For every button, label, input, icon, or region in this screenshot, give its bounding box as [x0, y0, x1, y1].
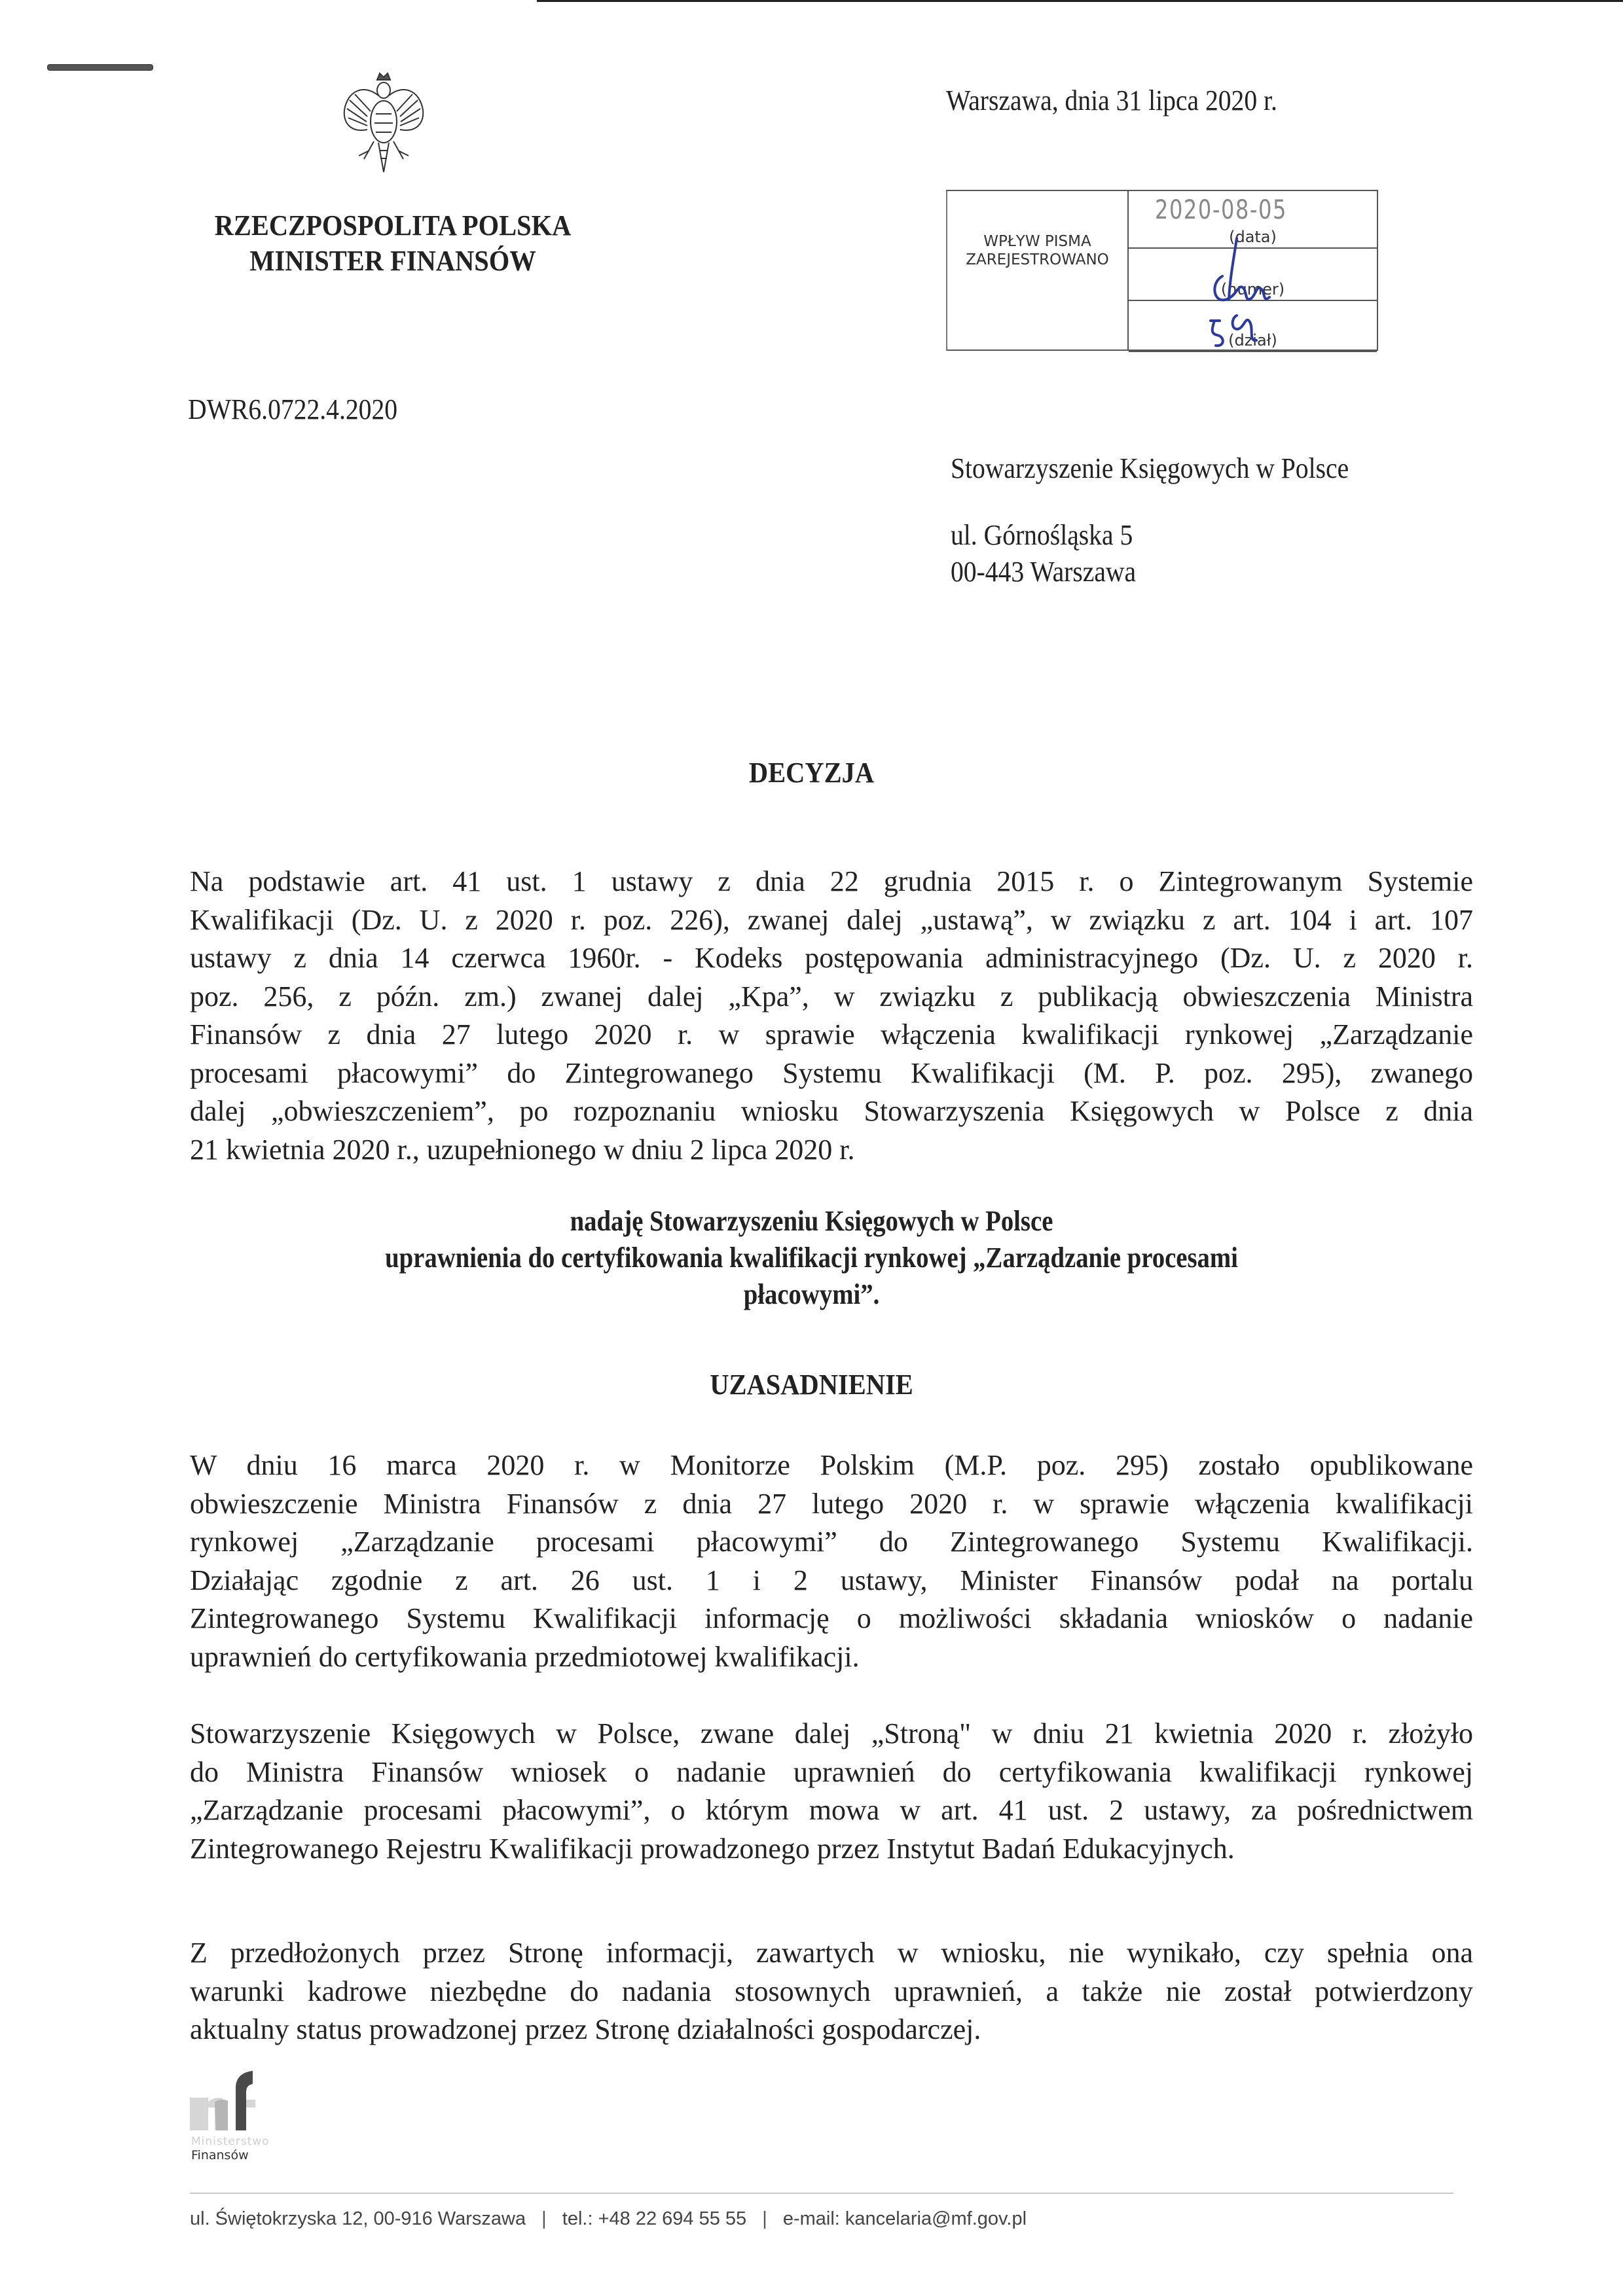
text-line: Z przedłożonych przez Stronę informacji,… — [190, 1934, 1473, 1973]
decision-line: nadaję Stowarzyszeniu Księgowych w Polsc… — [98, 1203, 1526, 1240]
stamp-label: WPŁYW PISMA ZAREJESTROWANO — [947, 191, 1129, 350]
recipient-city: 00-443 Warszawa — [951, 554, 1349, 590]
scan-artifact-mark — [47, 64, 153, 71]
justification-paragraph-3: Z przedłożonych przez Stronę informacji,… — [190, 1934, 1473, 2049]
stamp-label-line2: ZAREJESTROWANO — [966, 251, 1109, 269]
footer-address: ul. Świętokrzyska 12, 00-916 Warszawa — [190, 2208, 526, 2229]
case-reference-number: DWR6.0722.4.2020 — [188, 393, 397, 426]
footer-email[interactable]: e-mail: kancelaria@mf.gov.pl — [783, 2208, 1027, 2229]
legal-basis-paragraph: Na podstawie art. 41 ust. 1 ustawy z dni… — [190, 863, 1473, 1169]
polish-eagle-emblem-icon — [338, 71, 429, 175]
decision-statement: nadaję Stowarzyszeniu Księgowych w Polsc… — [0, 1203, 1623, 1313]
stamp-fields: 2020-08-05 (data) (numer) (dział) — [1129, 191, 1377, 350]
text-line: „Zarządzanie procesami płacowymi”, o któ… — [190, 1791, 1473, 1830]
recipient-street: ul. Górnośląska 5 — [951, 517, 1349, 554]
text-line: 21 kwietnia 2020 r., uzupełnionego w dni… — [190, 1131, 1473, 1170]
justification-title: UZASADNIENIE — [65, 1368, 1558, 1401]
handwritten-signature-icon — [1191, 237, 1289, 348]
footer-contact: ul. Świętokrzyska 12, 00-916 Warszawa | … — [190, 2208, 1027, 2230]
issuer-ministry: MINISTER FINANSÓW — [182, 243, 604, 279]
text-line: poz. 256, z późn. zm.) zwanej dalej „Kpa… — [190, 978, 1473, 1016]
justification-paragraph-2: Stowarzyszenie Księgowych w Polsce, zwan… — [190, 1715, 1473, 1868]
text-line: ustawy z dnia 14 czerwca 1960r. - Kodeks… — [190, 939, 1473, 978]
stamp-date-value: 2020-08-05 — [1155, 195, 1287, 225]
scan-top-edge — [537, 0, 1623, 2]
justification-paragraph-1: W dniu 16 marca 2020 r. w Monitorze Pols… — [190, 1446, 1473, 1676]
text-line: procesami płacowymi” do Zintegrowanego S… — [190, 1054, 1473, 1093]
text-line: uprawnień do certyfikowania przedmiotowe… — [190, 1638, 1473, 1677]
logo-caption-faint: Ministerstwo — [191, 2135, 270, 2148]
document-title: DECYZJA — [65, 756, 1558, 789]
text-line: rynkowej „Zarządzanie procesami płacowym… — [190, 1523, 1473, 1562]
text-line: aktualny status prowadzonej przez Stronę… — [190, 2011, 1473, 2049]
decision-line: płacowymi”. — [98, 1276, 1526, 1313]
text-line: obwieszczenie Ministra Finansów z dnia 2… — [190, 1485, 1473, 1524]
recipient-address-block: Stowarzyszenie Księgowych w Polsce ul. G… — [951, 450, 1349, 590]
issuer-country: RZECZPOSPOLITA POLSKA — [182, 208, 604, 243]
decision-line: uprawnienia do certyfikowania kwalifikac… — [98, 1240, 1526, 1276]
recipient-name: Stowarzyszenie Księgowych w Polsce — [951, 450, 1349, 487]
logo-caption: Finansów — [191, 2148, 249, 2162]
footer-divider — [190, 2193, 1453, 2194]
text-line: Zintegrowanego Systemu Kwalifikacji info… — [190, 1600, 1473, 1638]
footer-separator: | — [762, 2208, 767, 2230]
stamp-label-line1: WPŁYW PISMA — [983, 232, 1091, 251]
text-line: warunki kadrowe niezbędne do nadania sto… — [190, 1973, 1473, 2011]
issuer-header: RZECZPOSPOLITA POLSKA MINISTER FINANSÓW — [182, 208, 604, 279]
footer-phone: tel.: +48 22 694 55 55 — [562, 2208, 746, 2229]
text-line: Finansów z dnia 27 lutego 2020 r. w spra… — [190, 1016, 1473, 1054]
text-line: Stowarzyszenie Księgowych w Polsce, zwan… — [190, 1715, 1473, 1753]
place-and-date: Warszawa, dnia 31 lipca 2020 r. — [946, 84, 1277, 117]
footer-separator: | — [541, 2208, 547, 2230]
text-line: dalej „obwieszczeniem”, po rozpoznaniu w… — [190, 1092, 1473, 1131]
text-line: Na podstawie art. 41 ust. 1 ustawy z dni… — [190, 863, 1473, 901]
text-line: Kwalifikacji (Dz. U. z 2020 r. poz. 226)… — [190, 901, 1473, 940]
text-line: Działając zgodnie z art. 26 ust. 1 i 2 u… — [190, 1562, 1473, 1600]
registration-stamp: WPŁYW PISMA ZAREJESTROWANO 2020-08-05 (d… — [946, 190, 1378, 351]
text-line: Zintegrowanego Rejestru Kwalifikacji pro… — [190, 1830, 1473, 1869]
text-line: W dniu 16 marca 2020 r. w Monitorze Pols… — [190, 1446, 1473, 1485]
text-line: do Ministra Finansów wniosek o nadanie u… — [190, 1753, 1473, 1792]
